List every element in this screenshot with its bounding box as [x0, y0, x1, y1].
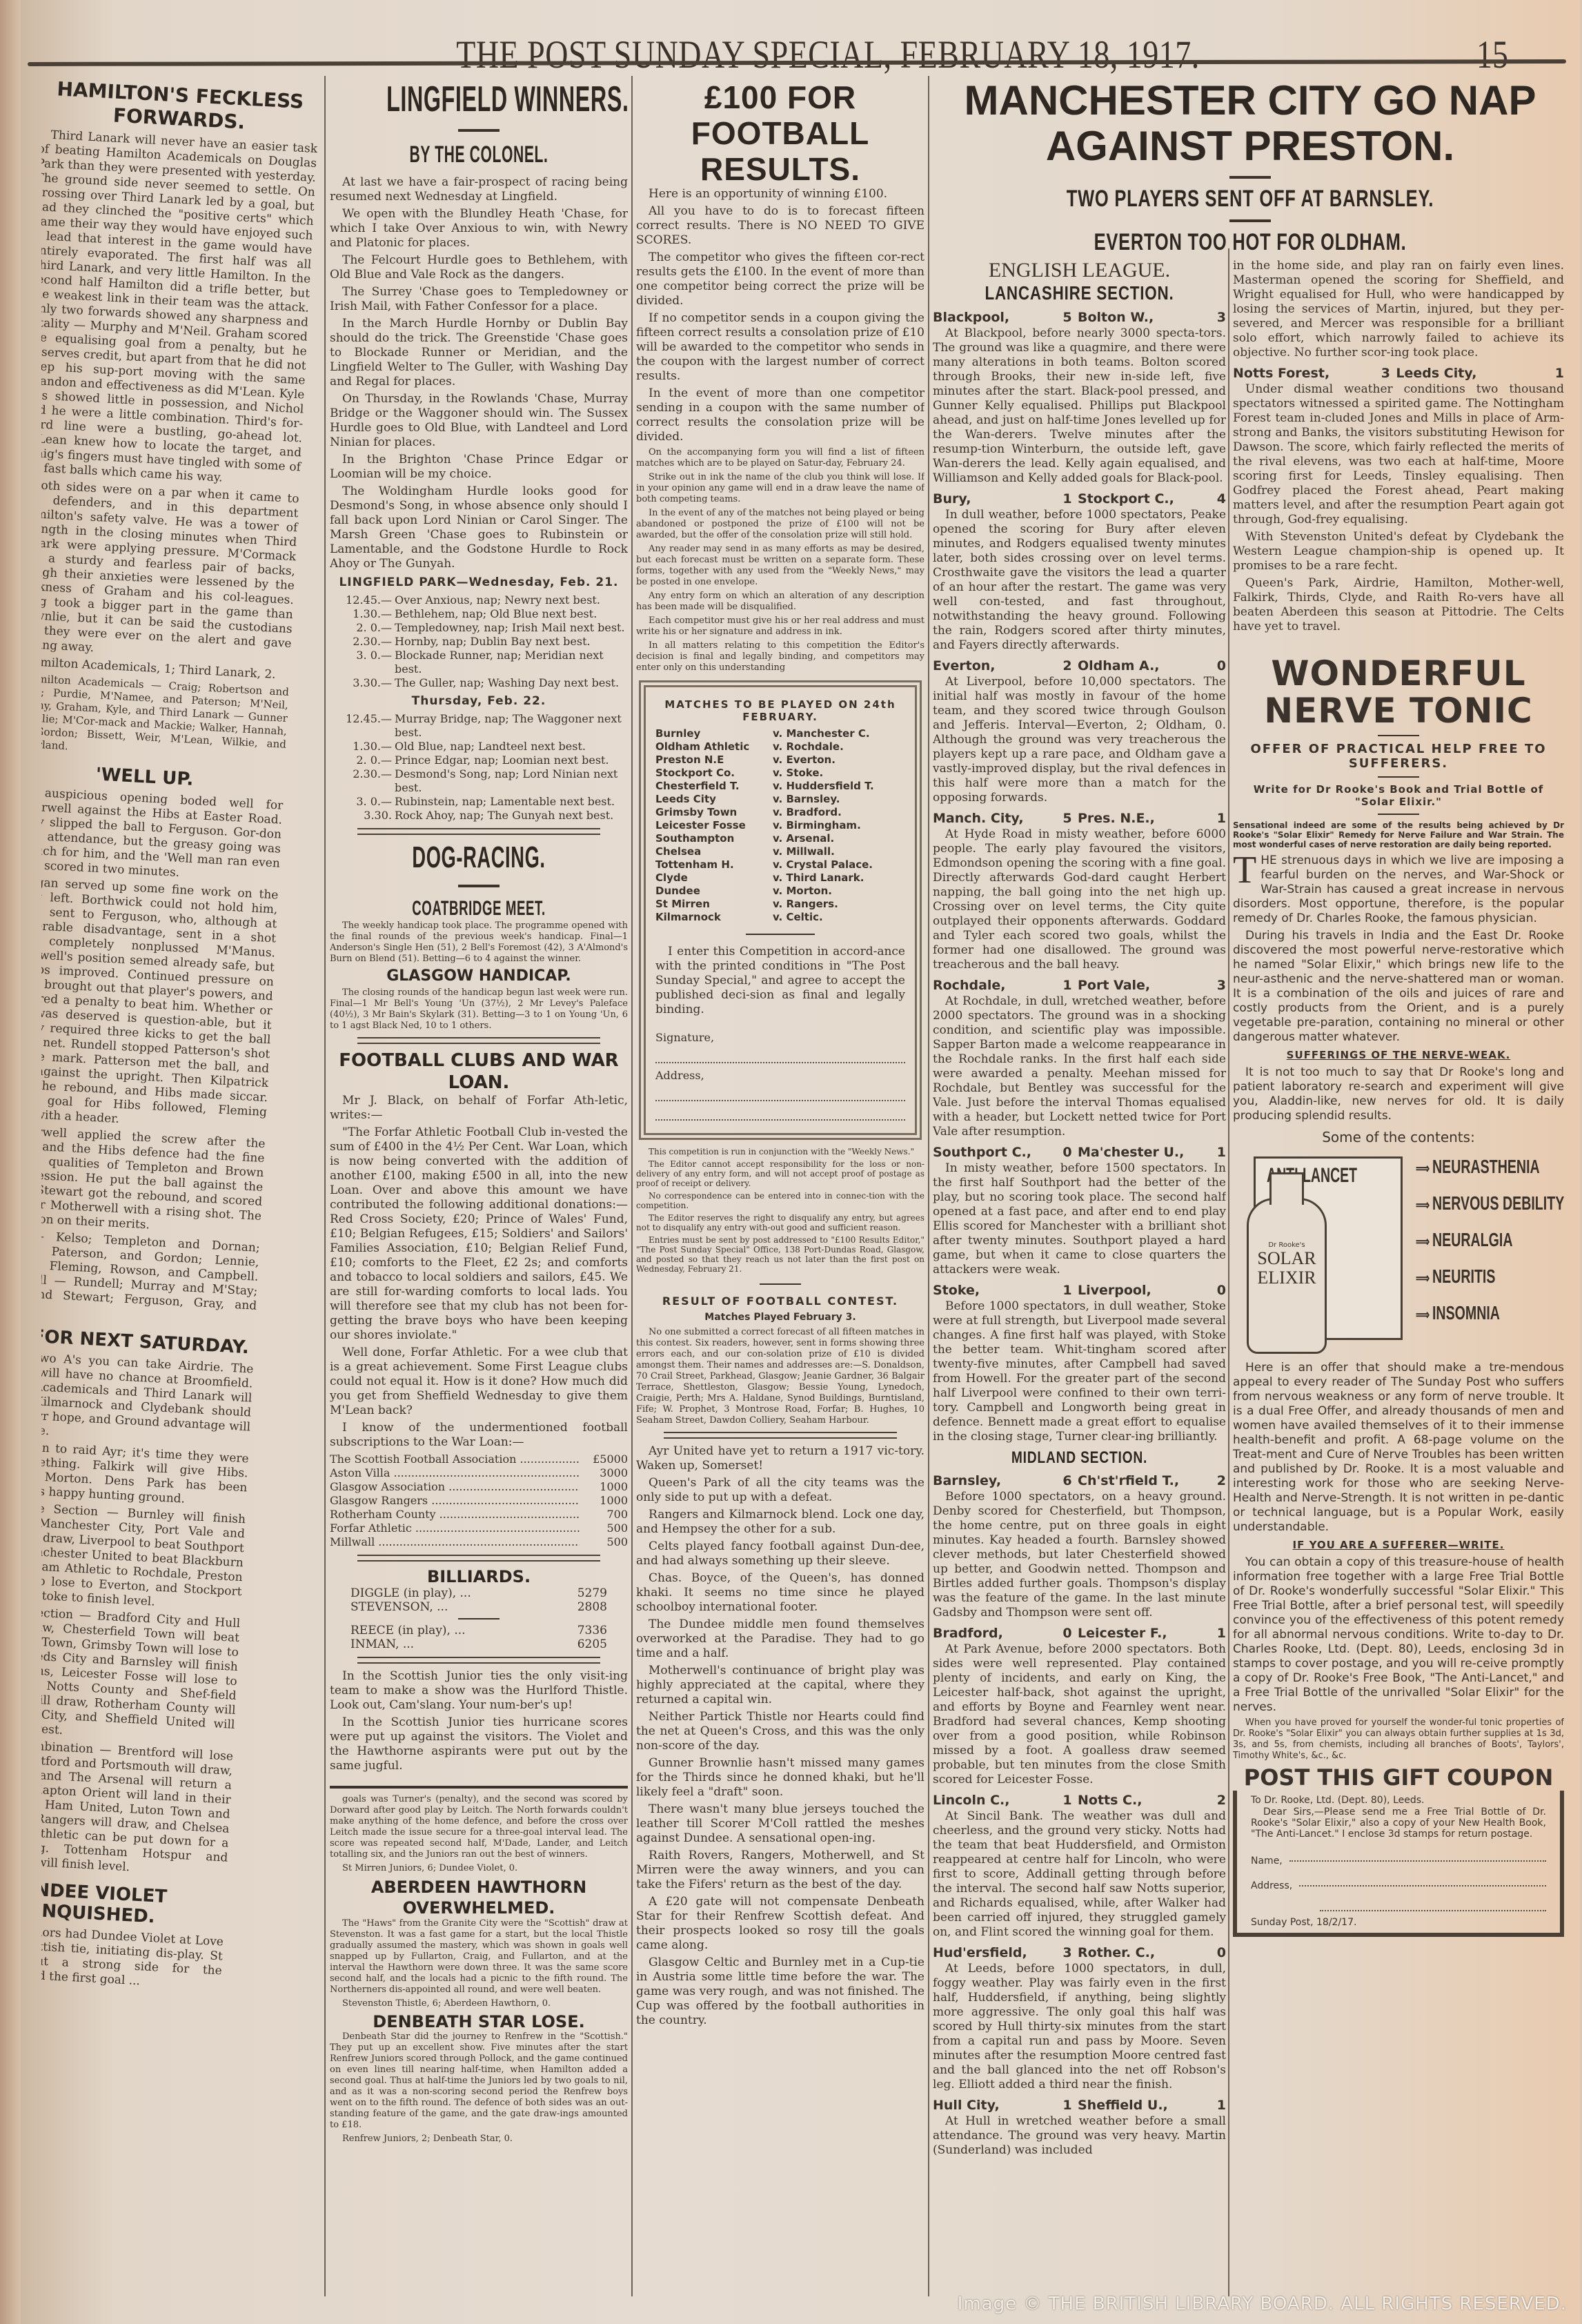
elixir-illustration: ANTI-LANCET Dr Rooke's SOLAR ELIXIR NEUR… [1233, 1150, 1564, 1357]
article-coatbridge: The weekly handicap took place. The prog… [330, 920, 628, 965]
match-report: Everton,2Oldham A.,0 At Liverpool, befor… [933, 658, 1226, 805]
fixture-row[interactable]: Southamptonv. Arsenal. [655, 832, 905, 845]
match-report: Manch. City,5Pres. N.E.,1 At Hyde Road i… [933, 811, 1226, 972]
column-hamilton: HAMILTON'S FECKLESS FORWARDS. Third Lana… [41, 72, 321, 2303]
headline-contest-result: RESULT OF FOOTBALL CONTEST. [636, 1294, 925, 1308]
subheadline-barnsley: TWO PLAYERS SENT OFF AT BARNSLEY. [1012, 186, 1488, 213]
match-report: Bury,1Stockport C.,4 In dull weather, be… [933, 491, 1226, 653]
headline-hamilton: HAMILTON'S FECKLESS FORWARDS. [41, 77, 320, 138]
address-field[interactable]: Address, [655, 1069, 905, 1121]
tips-thursday-heading: Thursday, Feb. 22. [330, 694, 628, 708]
fixture-row[interactable]: Burnleyv. Manchester C. [655, 727, 905, 740]
heading-midland: MIDLAND SECTION. [962, 1448, 1197, 1468]
article-contest: Here is an opportunity of winning £100. … [636, 187, 925, 444]
match-report: Stoke,1Liverpool,0 Before 1000 spectator… [933, 1283, 1226, 1444]
headline-billiards: BILLIARDS. [330, 1567, 628, 1586]
fixture-row[interactable]: Clydev. Third Lanark. [655, 871, 905, 885]
column-right: in the home side, and play ran on fairly… [1233, 259, 1564, 2303]
match-report: Hud'ersfield,3Rother. C.,0 At Leeds, bef… [933, 1945, 1226, 2092]
match-report: Hull City,1Sheffield U.,1 At Hull in wre… [933, 2098, 1226, 2158]
fixture-row[interactable]: Preston N.Ev. Everton. [655, 754, 905, 767]
byline-colonel: BY THE COLONEL. [386, 141, 571, 168]
heading-lancashire: LANCASHIRE SECTION. [962, 282, 1197, 304]
article-lingfield: At last we have a fair-prospect of racin… [330, 175, 628, 571]
heading-english-league: ENGLISH LEAGUE. [933, 259, 1226, 282]
headline-denbeath: DENBEATH STAR LOSE. [330, 2012, 628, 2031]
match-report: Notts Forest,3Leeds City,1 Under dismal … [1233, 366, 1564, 527]
headline-aberdeen: ABERDEEN HAWTHORN OVERWHELMED. [330, 1877, 628, 1918]
headline-glasgow-handicap: GLASGOW HANDICAP. [330, 967, 628, 985]
fixture-row[interactable]: Stockport Co.v. Stoke. [655, 767, 905, 780]
column-football-contest: £100 FOR FOOTBALL RESULTS. Here is an op… [636, 72, 925, 2303]
headline-war-loan: FOOTBALL CLUBS AND WAR LOAN. [330, 1050, 628, 1094]
article-war-loan: Mr J. Black, on behalf of Forfar Ath-let… [330, 1094, 628, 1450]
gift-coupon[interactable]: To Dr. Rooke, Ltd. (Dept. 80), Leeds. De… [1233, 1791, 1564, 1937]
article-dundee-cont: goals was Turner's (penalty), and the se… [330, 1794, 628, 1860]
headline-dog-racing: DOG-RACING. [386, 840, 571, 875]
contents-list: NEURASTHENIA NERVOUS DEBILITY NEURALGIA … [1416, 1156, 1564, 1339]
book-spine [0, 0, 21, 2324]
subscriptions-list: The Scottish Football Association£5000 A… [330, 1452, 628, 1549]
column-match-reports: ENGLISH LEAGUE. LANCASHIRE SECTION. Blac… [933, 259, 1226, 2303]
headline-coatbridge: COATBRIDGE MEET. [386, 897, 571, 920]
nerve-tonic-advert: WONDERFUL NERVE TONIC OFFER OF PRACTICAL… [1233, 655, 1564, 1937]
headline-100-pounds: £100 FOR FOOTBALL RESULTS. [636, 79, 925, 187]
tips-thursday: 12.45.—Murray Bridge, nap; The Waggoner … [330, 712, 628, 823]
fixture-row[interactable]: Leeds Cityv. Barnsley. [655, 793, 905, 806]
coupon-name-field[interactable]: Name, [1251, 1842, 1546, 1867]
article-glasgow-handicap: The closing rounds of the handicap begun… [330, 987, 628, 1032]
article-dundee-violet: St Mirren Juniors had Dundee Violet at L… [41, 1920, 224, 1993]
fixture-row[interactable]: Dundeev. Morton. [655, 885, 905, 898]
match-report: Southport C.,0Ma'chester U.,1 In misty w… [933, 1145, 1226, 1277]
fixtures-list: Burnleyv. Manchester C. Oldham Athleticv… [655, 727, 905, 924]
match-report: Bradford,0Leicester F.,1 At Park Avenue,… [933, 1626, 1226, 1787]
article-tips: Of the two A's you can take Airdrie. The… [41, 1348, 254, 1880]
column-rule [1228, 248, 1229, 2296]
subheadline-everton: EVERTON TOO HOT FOR OLDHAM. [1012, 229, 1488, 252]
billiards-scores: DIGGLE (in play), ...5279 STEVENSON, ...… [330, 1586, 628, 1651]
tips-wednesday-heading: LINGFIELD PARK—Wednesday, Feb. 21. [330, 575, 628, 589]
column-rule [324, 76, 326, 2296]
headline-lingfield: LINGFIELD WINNERS. [386, 79, 571, 119]
fixture-row[interactable]: Oldham Athleticv. Rochdale. [655, 740, 905, 754]
match-report: Lincoln C.,1Notts C.,2 At Sincil Bank. T… [933, 1793, 1226, 1940]
football-notes: Ayr United have yet to return a 1917 vic… [636, 1444, 925, 2028]
fixture-row[interactable]: Kilmarnockv. Celtic. [655, 911, 905, 924]
fixture-row[interactable]: St Mirrenv. Rangers. [655, 898, 905, 911]
column-rule [631, 76, 633, 2296]
fixture-row[interactable]: Leicester Fossev. Birmingham. [655, 819, 905, 832]
match-report: Rochdale,1Port Vale,3 At Rochdale, in du… [933, 978, 1226, 1139]
drop-cap: T [1233, 854, 1256, 887]
masthead-title: THE POST SUNDAY SPECIAL, FEBRUARY 18, 19… [455, 31, 1200, 77]
match-report: Barnsley,6Ch'st'rfield T.,2 Before 1000 … [933, 1473, 1226, 1620]
coupon-heading: POST THIS GIFT COUPON [1233, 1764, 1564, 1791]
bottle-icon: Dr Rooke's SOLAR ELIXIR [1247, 1198, 1327, 1354]
match-report: Blackpool,5Bolton W.,3 At Blackpool, bef… [933, 310, 1226, 486]
copyright-watermark: Image © THE BRITISH LIBRARY BOARD. ALL R… [958, 2294, 1567, 2314]
column-rule [928, 76, 929, 2296]
page-number: 15 [1476, 31, 1508, 77]
ad-headline: WONDERFUL NERVE TONIC [1233, 655, 1564, 729]
headline-manchester-city: MANCHESTER CITY GO NAP AGAINST PRESTON. [933, 78, 1568, 169]
fixture-row[interactable]: Grimsby Townv. Bradford. [655, 806, 905, 819]
entry-form[interactable]: MATCHES TO BE PLAYED ON 24th FEBRUARY. B… [639, 680, 922, 1140]
headline-dundee-violet: DUNDEE VIOLET VANQUISHED. [41, 1875, 226, 1931]
headline-block-manchester: MANCHESTER CITY GO NAP AGAINST PRESTON. … [933, 72, 1568, 252]
article-well-up: An auspicious opening boded well for Mot… [41, 785, 284, 1328]
coupon-address-field[interactable]: Address, [1251, 1867, 1546, 1892]
tips-wednesday: 12.45.—Over Anxious, nap; Newry next bes… [330, 593, 628, 690]
fixture-row[interactable]: Chelseav. Millwall. [655, 845, 905, 858]
article-hamilton: Third Lanark will never have an easier t… [41, 128, 318, 765]
fixture-row[interactable]: Chesterfield T.v. Huddersfield T. [655, 780, 905, 793]
signature-field[interactable]: Signature, [655, 1031, 905, 1063]
contest-rules: On the accompanying form you will find a… [636, 447, 925, 673]
article-contest-result: No one submitted a correct forecast of a… [636, 1327, 925, 1426]
fixture-row[interactable]: Tottenham H.v. Crystal Palace. [655, 858, 905, 871]
contest-fineprint: This competition is run in conjunction w… [636, 1147, 925, 1274]
entry-form-title: MATCHES TO BE PLAYED ON 24th FEBRUARY. [655, 698, 905, 723]
column-lingfield: LINGFIELD WINNERS. BY THE COLONEL. At la… [330, 72, 628, 2303]
